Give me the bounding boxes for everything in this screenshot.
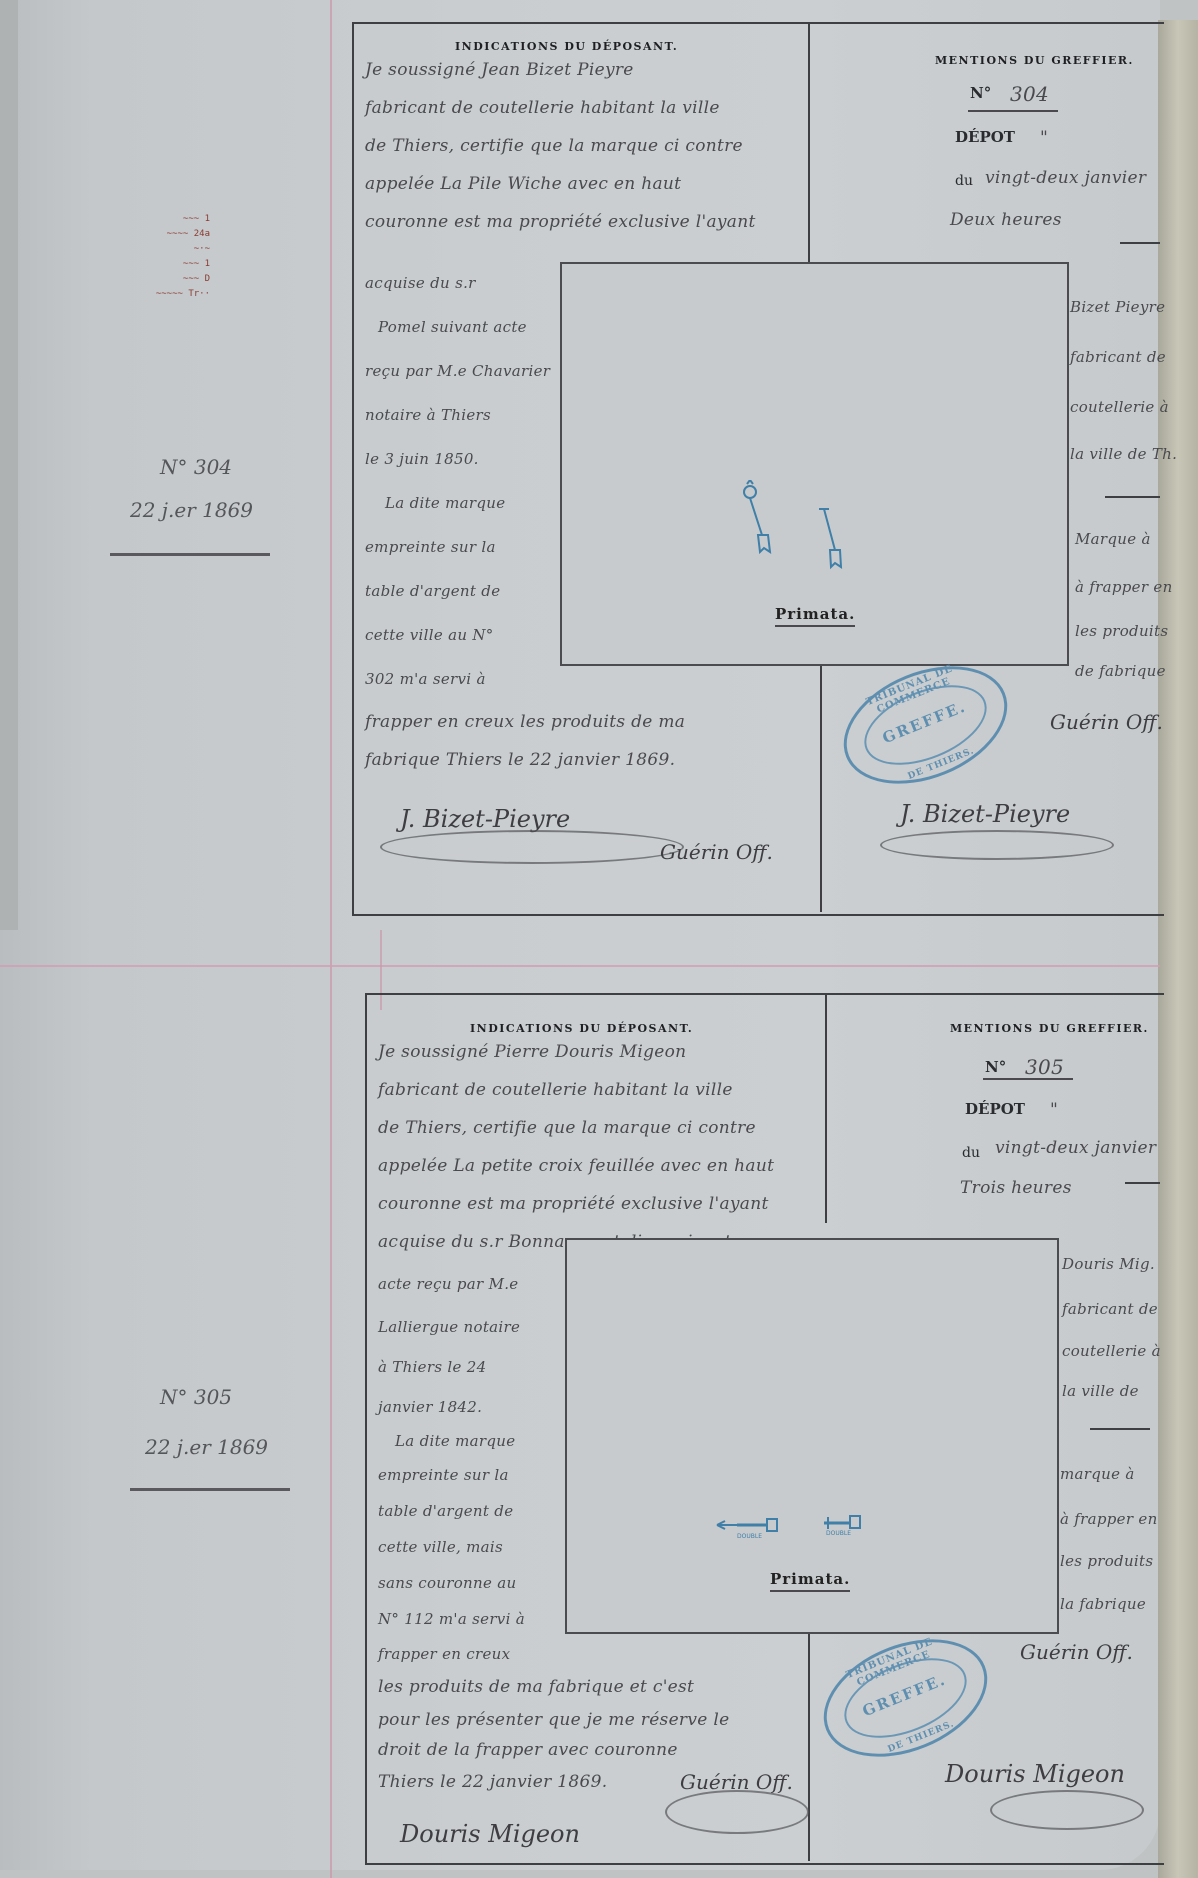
depositor-line: sans couronne au (378, 1574, 516, 1592)
depositor-line: acquise du s.r (365, 274, 476, 292)
clerk-column-depositor-signature: J. Bizet-Pieyre (900, 800, 1070, 828)
clerk-summary-line: coutellerie à (1062, 1342, 1161, 1360)
binding-strip (0, 0, 18, 930)
depositor-line: frapper en creux les produits de ma (365, 712, 685, 732)
depositor-line: janvier 1842. (378, 1398, 482, 1416)
depot-label: DÉPOT (955, 128, 1015, 146)
depot-label: DÉPOT (965, 1100, 1025, 1118)
number-underline (968, 110, 1058, 112)
clerk-summary-line: la ville de Th. (1070, 445, 1177, 463)
clerk-header: MENTIONS DU GREFFIER. (935, 54, 1134, 67)
depositor-line: appelée La petite croix feuillée avec en… (378, 1156, 774, 1176)
clerk-marque-line: à frapper en (1060, 1510, 1158, 1528)
deposit-number: 305 (1025, 1055, 1064, 1079)
clerk-marque-line: de fabrique (1075, 662, 1166, 680)
depositor-line: couronne est ma propriété exclusive l'ay… (378, 1194, 769, 1214)
clerk-signature: Guérin Off. (1020, 1640, 1133, 1664)
clerk-summary-line: fabricant de (1070, 348, 1166, 366)
clerk-rule (1105, 496, 1160, 498)
depositor-line: notaire à Thiers (365, 406, 491, 424)
depositor-line: de Thiers, certifie que la marque ci con… (378, 1118, 756, 1138)
red-note: ~~~~~ Tr·· (105, 287, 210, 302)
depositor-line: La dite marque (385, 494, 505, 512)
margin-entry-number: N° 305 (160, 1385, 232, 1409)
deposit-number-label: N° (985, 1058, 1006, 1076)
depositor-line: Thiers le 22 janvier 1869. (378, 1772, 607, 1792)
clerk-summary-line: Bizet Pieyre (1070, 298, 1165, 316)
clerk-rule (1120, 242, 1160, 244)
du-label: du (955, 173, 973, 189)
depositor-line: les produits de ma fabrique et c'est (378, 1677, 694, 1697)
clerk-summary-line: la ville de (1062, 1382, 1139, 1400)
clerk-signature: Guérin Off. (1050, 710, 1163, 734)
margin-entry-rule (110, 553, 270, 556)
depositor-line: empreinte sur la (365, 538, 496, 556)
depositor-line: couronne est ma propriété exclusive l'ay… (365, 212, 756, 232)
du-label: du (962, 1145, 980, 1161)
depositor-line: fabrique Thiers le 22 janvier 1869. (365, 750, 675, 770)
knife-mark-double-icon: DOUBLE (715, 1515, 779, 1543)
column-divider (808, 22, 810, 262)
red-margin-notes: ~~~ 1 ~~~~ 24a ~·~ ~~~ 1 ~~~ D ~~~~~ Tr·… (105, 212, 210, 302)
mark-name: Primata. (770, 1570, 850, 1592)
column-divider (825, 993, 827, 1223)
depositor-line: frapper en creux (378, 1645, 510, 1663)
margin-entry-rule (130, 1488, 290, 1491)
margin-rule-horizontal (0, 965, 1160, 967)
margin-entry-date: 22 j.er 1869 (145, 1435, 268, 1459)
clerk-marque-line: à frapper en (1075, 578, 1173, 596)
depositor-line: à Thiers le 24 (378, 1358, 486, 1376)
knife-mark-icon (815, 505, 855, 579)
signature-flourish (665, 1790, 809, 1834)
red-note: ~~~ D (105, 272, 210, 287)
depositor-line: Je soussigné Jean Bizet Pieyre (365, 60, 634, 80)
depositor-line: pour les présenter que je me réserve le (378, 1710, 729, 1730)
deposit-number: 304 (1010, 82, 1049, 106)
deposit-time: Deux heures (950, 210, 1062, 230)
depositor-line: cette ville au N° (365, 626, 494, 644)
red-note: ~~~ 1 (105, 212, 210, 227)
clerk-rule (1125, 1182, 1160, 1184)
depositor-header: INDICATIONS DU DÉPOSANT. (470, 1022, 693, 1035)
deposit-time: Trois heures (960, 1178, 1072, 1198)
depositor-line: le 3 juin 1850. (365, 450, 479, 468)
depot-ditto: " (1040, 128, 1048, 148)
signature-flourish (380, 830, 684, 864)
red-note: ~·~ (105, 242, 210, 257)
depositor-line: N° 112 m'a servi à (378, 1610, 525, 1628)
signature-flourish (880, 830, 1114, 860)
depositor-line: acte reçu par M.e (378, 1275, 518, 1293)
clerk-header: MENTIONS DU GREFFIER. (950, 1022, 1149, 1035)
svg-text:DOUBLE: DOUBLE (737, 1533, 762, 1539)
depositor-line: empreinte sur la (378, 1466, 509, 1484)
clerk-marque-line: Marque à (1075, 530, 1151, 548)
margin-rule-vertical (330, 0, 332, 1878)
depositor-header: INDICATIONS DU DÉPOSANT. (455, 40, 678, 53)
signature-flourish (990, 1790, 1144, 1830)
depositor-line: cette ville, mais (378, 1538, 503, 1556)
deposit-date: vingt-deux janvier (985, 168, 1146, 188)
clerk-column-depositor-signature: Douris Migeon (945, 1760, 1125, 1788)
depositor-line: Lalliergue notaire (378, 1318, 520, 1336)
clerk-marque-line: la fabrique (1060, 1595, 1146, 1613)
clerk-marque-line: les produits (1060, 1552, 1153, 1570)
red-note: ~~~~ 24a (105, 227, 210, 242)
margin-entry-number: N° 304 (160, 455, 232, 479)
number-underline (983, 1078, 1073, 1080)
mark-name: Primata. (775, 605, 855, 627)
column-divider-lower (808, 1625, 810, 1861)
depositor-line: table d'argent de (378, 1502, 513, 1520)
clerk-summary-line: fabricant de (1062, 1300, 1158, 1318)
clerk-summary-line: coutellerie à (1070, 398, 1169, 416)
depositor-line: droit de la frapper avec couronne (378, 1740, 678, 1760)
red-note: ~~~ 1 (105, 257, 210, 272)
depositor-line: fabricant de coutellerie habitant la vil… (378, 1080, 733, 1100)
depositor-line: 302 m'a servi à (365, 670, 486, 688)
clerk-paraph: Guérin Off. (660, 840, 773, 864)
depositor-line: de Thiers, certifie que la marque ci con… (365, 136, 743, 156)
depositor-line: fabricant de coutellerie habitant la vil… (365, 98, 720, 118)
margin-entry-date: 22 j.er 1869 (130, 498, 253, 522)
depositor-line: reçu par M.e Chavarier (365, 362, 550, 380)
depositor-signature: J. Bizet-Pieyre (400, 805, 570, 833)
depositor-line: appelée La Pile Wiche avec en haut (365, 174, 681, 194)
clerk-marque-line: marque à (1060, 1465, 1135, 1483)
clerk-marque-line: les produits (1075, 622, 1168, 640)
depositor-line: La dite marque (395, 1432, 515, 1450)
knife-mark-crowned-icon (740, 480, 780, 564)
depositor-line: Pomel suivant acte (378, 318, 527, 336)
depot-ditto: " (1050, 1100, 1058, 1120)
column-divider-lower (820, 665, 822, 912)
deposit-date: vingt-deux janvier (995, 1138, 1156, 1158)
depositor-line: table d'argent de (365, 582, 500, 600)
depositor-signature: Douris Migeon (400, 1820, 580, 1848)
depositor-line: Je soussigné Pierre Douris Migeon (378, 1042, 686, 1062)
deposit-number-label: N° (970, 84, 991, 102)
knife-mark-double-icon: DOUBLE (822, 1512, 862, 1540)
clerk-summary-line: Douris Mig. (1062, 1255, 1155, 1273)
svg-text:DOUBLE: DOUBLE (826, 1530, 851, 1536)
clerk-rule (1090, 1428, 1150, 1430)
